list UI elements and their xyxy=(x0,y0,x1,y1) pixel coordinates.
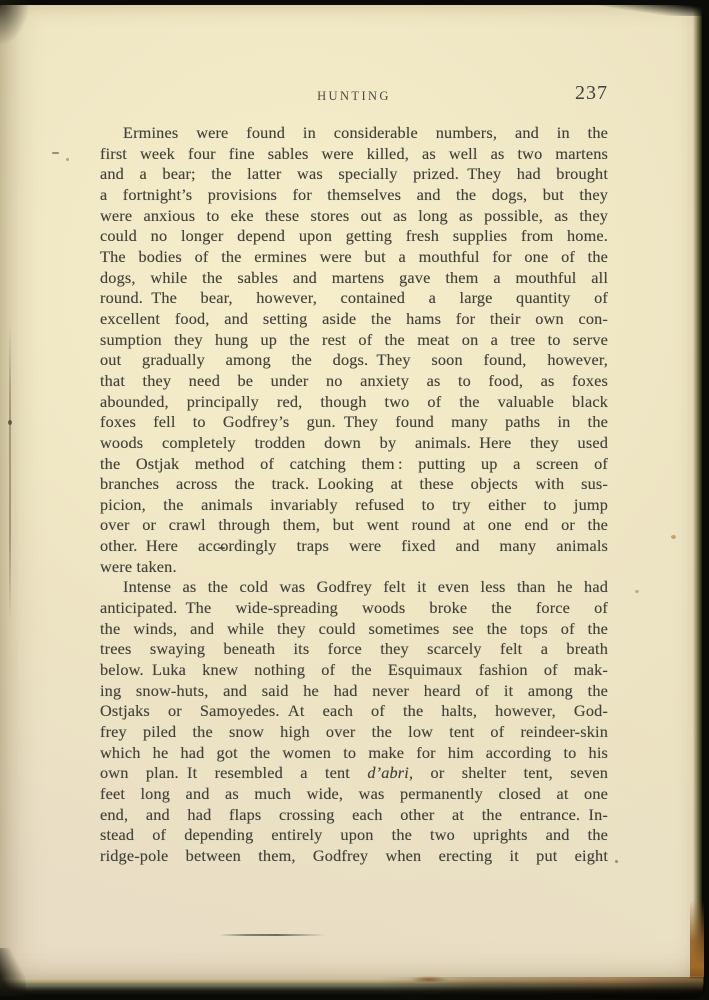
text-line: were taken. xyxy=(100,557,608,578)
bottom-edge-smudge xyxy=(410,976,448,983)
scan-speck xyxy=(635,590,639,593)
page-number: 237 xyxy=(575,82,608,105)
text-line: sumption they hung up the rest of the me… xyxy=(100,330,608,351)
scan-speck xyxy=(52,152,59,154)
text-line: Ermines were found in considerable numbe… xyxy=(100,123,608,144)
corner-shadow-bottom-left xyxy=(0,948,26,996)
text-line: anticipated. The wide-spreading woods br… xyxy=(100,598,608,619)
text-line: foxes fell to Godfrey’s gun. They found … xyxy=(100,412,608,433)
text-line: other. Here accordingly traps were fixed… xyxy=(100,536,608,557)
text-line: frey piled the snow high over the low te… xyxy=(100,722,608,743)
scanned-book-page: HUNTING 237 Ermines were found in consid… xyxy=(0,0,709,1000)
text-line: ridge-pole between them, Godfrey when er… xyxy=(100,846,608,867)
text-line: first week four fine sables were killed,… xyxy=(100,144,608,165)
stray-scan-line xyxy=(219,934,325,936)
running-header: HUNTING xyxy=(100,89,608,104)
text-line: own plan. It resembled a tent d’abri, or… xyxy=(100,763,608,784)
text-line: branches across the track. Looking at th… xyxy=(100,474,608,495)
text-segment: own plan. It resembled a tent xyxy=(100,763,367,782)
scan-speck xyxy=(66,158,69,161)
text-line: Intense as the cold was Godfrey felt it … xyxy=(100,577,608,598)
text-line: excellent food, and setting aside the ha… xyxy=(100,309,608,330)
text-line: The bodies of the ermines were but a mou… xyxy=(100,247,608,268)
scan-speck xyxy=(615,860,618,863)
text-line: stead of depending entirely upon the two… xyxy=(100,825,608,846)
text-line: a fortnight’s provisions for themselves … xyxy=(100,185,608,206)
text-line: over or crawl through them, but went rou… xyxy=(100,515,608,536)
text-line: ing snow-huts, and said he had never hea… xyxy=(100,681,608,702)
text-segment: , or shelter tent, seven xyxy=(409,763,608,782)
italic-phrase: d’abri xyxy=(367,763,409,782)
scan-speck xyxy=(8,420,12,425)
book-edge-right xyxy=(693,3,702,985)
scan-speck xyxy=(671,535,676,539)
text-line: abounded, principally red, though two of… xyxy=(100,392,608,413)
text-line: and a bear; the latter was specially pri… xyxy=(100,164,608,185)
text-line: were anxious to eke these stores out as … xyxy=(100,206,608,227)
corner-shadow-top-left xyxy=(0,0,30,46)
text-line: trees swaying beneath its force they sca… xyxy=(100,639,608,660)
text-line: Ostjaks or Samoyedes. At each of the hal… xyxy=(100,701,608,722)
text-line: the winds, and while they could sometime… xyxy=(100,619,608,640)
paragraph: Intense as the cold was Godfrey felt it … xyxy=(100,577,608,866)
text-line: the Ostjak method of catching them : put… xyxy=(100,454,608,475)
text-line: out gradually among the dogs. They soon … xyxy=(100,350,608,371)
text-line: woods completely trodden down by animals… xyxy=(100,433,608,454)
page-header: HUNTING 237 xyxy=(100,82,608,108)
body-text: Ermines were found in considerable numbe… xyxy=(100,123,608,867)
paragraph: Ermines were found in considerable numbe… xyxy=(100,123,608,577)
text-line: feet long and as much wide, was permanen… xyxy=(100,784,608,805)
text-line: could no longer depend upon getting fres… xyxy=(100,226,608,247)
text-line: which he had got the women to make for h… xyxy=(100,743,608,764)
text-line: that they need be under no anxiety as to… xyxy=(100,371,608,392)
text-line: picion, the animals invariably refused t… xyxy=(100,495,608,516)
page-crease xyxy=(9,325,11,620)
text-line: dogs, while the sables and martens gave … xyxy=(100,268,608,289)
text-line: end, and had flaps crossing each other a… xyxy=(100,805,608,826)
text-line: round. The bear, however, contained a la… xyxy=(100,288,608,309)
text-line: below. Luka knew nothing of the Esquimau… xyxy=(100,660,608,681)
corner-shadow-top-right xyxy=(599,0,709,16)
